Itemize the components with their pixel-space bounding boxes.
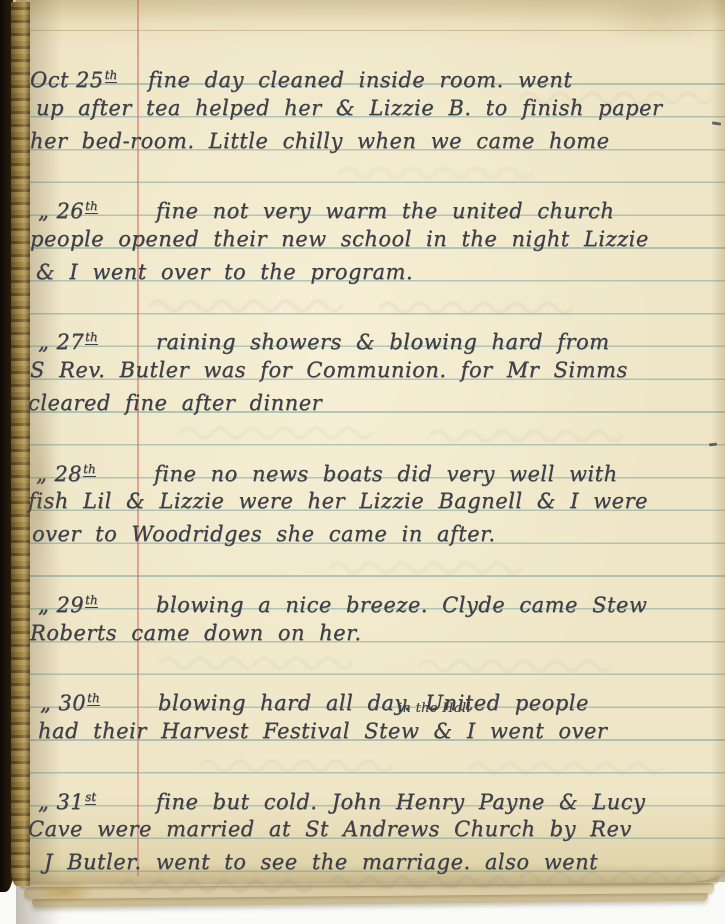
diary-entry-line: Roberts came down on her. xyxy=(30,618,362,648)
entry-text: raining showers & blowing hard from xyxy=(156,330,610,354)
diary-entry-line: had their Harvest Festival Stew & I went… xyxy=(38,716,607,746)
diary-entry-line: „31stfine but cold. John Henry Payne & L… xyxy=(38,782,645,812)
entry-day: 28 xyxy=(54,462,82,486)
entry-text: blowing a nice breeze. Clyde came Stew xyxy=(156,593,647,617)
page-right-shadow xyxy=(711,0,725,882)
entry-text: fine but cold. John Henry Payne & Lucy xyxy=(156,790,645,814)
diary-entry-line: S Rev. Butler was for Communion. for Mr … xyxy=(30,355,628,385)
page-top-shadow xyxy=(10,0,725,31)
entry-ordinal: th xyxy=(85,330,98,345)
entry-ordinal: th xyxy=(105,68,118,83)
inline-insertion: in the Hall xyxy=(398,701,471,716)
entry-text: cleared fine after dinner xyxy=(28,391,322,415)
entry-text: fine no news boats did very well with xyxy=(154,462,618,486)
entry-day: 26 xyxy=(56,199,84,223)
diary-entry-line: „30thblowing hard all day. United people xyxy=(40,683,589,713)
diary-entry-line: cleared fine after dinner xyxy=(28,388,322,418)
entry-day: 31 xyxy=(56,790,84,814)
diary-entry-line: Cave were married at St Andrews Church b… xyxy=(28,814,632,844)
entry-date: „31st xyxy=(38,782,156,817)
entry-ordinal: th xyxy=(85,199,98,214)
entry-ordinal: st xyxy=(85,790,96,805)
entry-ordinal: th xyxy=(87,691,100,706)
diary-entry-line: people opened their new school in the ni… xyxy=(30,224,649,254)
page-edge-gilt xyxy=(11,2,30,886)
entry-text: over to Woodridges she came in after. xyxy=(32,522,496,546)
entry-text: her bed-room. Little chilly when we came… xyxy=(30,129,610,153)
entry-date: „26th xyxy=(38,191,156,226)
entry-date-prefix: „ xyxy=(38,790,49,814)
entry-text: J Butler. went to see the marriage. also… xyxy=(44,850,598,874)
diary-entry-line: „26thfine not very warm the united churc… xyxy=(38,191,614,221)
diary-entry-line: fish Lil & Lizzie were her Lizzie Bagnel… xyxy=(28,486,648,516)
entry-day: 25 xyxy=(76,68,104,92)
diary-entry-line: „28thfine no news boats did very well wi… xyxy=(36,454,618,484)
entry-date: „30th xyxy=(40,683,158,718)
entry-day: 30 xyxy=(58,691,86,715)
entry-text: had their Harvest Festival Stew & I went… xyxy=(38,719,607,743)
entry-date-prefix: Oct xyxy=(30,68,69,92)
diary-entry-line: J Butler. went to see the marriage. also… xyxy=(44,847,598,877)
entry-date: „27th xyxy=(38,322,156,357)
entry-text: fish Lil & Lizzie were her Lizzie Bagnel… xyxy=(28,489,648,513)
diary-entry-line: „27thraining showers & blowing hard from xyxy=(38,322,610,352)
diary-page-photo: Oct25thfine day cleaned inside room. wen… xyxy=(0,0,725,924)
entry-ordinal: th xyxy=(85,593,98,608)
entry-date: „28th xyxy=(36,454,154,489)
entry-date-prefix: „ xyxy=(40,691,51,715)
diary-entry-line: & I went over to the program. xyxy=(36,257,413,287)
diary-entry-line: up after tea helped her & Lizzie B. to f… xyxy=(36,93,663,123)
entry-text: Roberts came down on her. xyxy=(30,621,362,645)
diary-entry-line: her bed-room. Little chilly when we came… xyxy=(30,126,610,156)
entry-text: fine day cleaned inside room. went xyxy=(148,68,572,92)
entry-date: Oct25th xyxy=(30,60,148,95)
entry-text: up after tea helped her & Lizzie B. to f… xyxy=(36,96,663,120)
entry-date-prefix: „ xyxy=(36,462,47,486)
entry-date: „29th xyxy=(38,585,156,620)
entry-date-prefix: „ xyxy=(38,199,49,223)
entry-text: & I went over to the program. xyxy=(36,260,413,284)
entry-date-prefix: „ xyxy=(38,330,49,354)
diary-entry-line: Oct25thfine day cleaned inside room. wen… xyxy=(30,60,572,90)
entry-text: blowing hard all day. United people xyxy=(158,691,589,715)
entry-text: fine not very warm the united church xyxy=(156,199,614,223)
entry-text: S Rev. Butler was for Communion. for Mr … xyxy=(30,358,628,382)
entry-text: people opened their new school in the ni… xyxy=(30,227,649,251)
entry-day: 29 xyxy=(56,593,84,617)
entry-date-prefix: „ xyxy=(38,593,49,617)
diary-entry-line: „29thblowing a nice breeze. Clyde came S… xyxy=(38,585,647,615)
entry-day: 27 xyxy=(56,330,84,354)
entry-text: Cave were married at St Andrews Church b… xyxy=(28,817,632,841)
entry-ordinal: th xyxy=(83,462,96,477)
diary-entry-line: over to Woodridges she came in after. xyxy=(32,519,496,549)
